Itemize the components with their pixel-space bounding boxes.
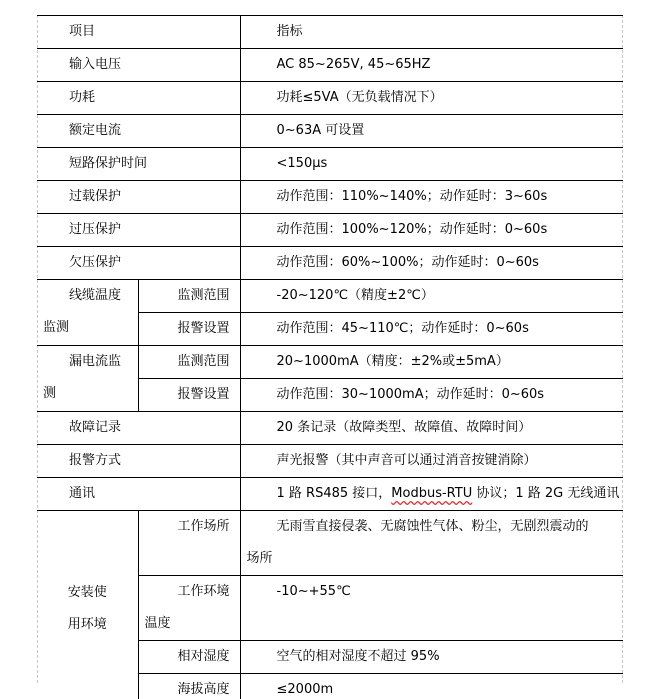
row-spec: -10~+55℃ — [240, 576, 623, 641]
spec-line2: 场所 — [241, 543, 624, 575]
sub-item: 监测范围 — [138, 346, 240, 379]
row-spec: 1 路 RS485 接口，Modbus-RTU 协议；1 路 2G 无线通讯 — [240, 478, 623, 511]
table-row: 短路保护时间 <150μs — [37, 148, 623, 181]
row-spec: 0~63A 可设置 — [240, 115, 623, 148]
header-item: 项目 — [37, 16, 240, 49]
spec-line1: 无雨雪直接侵袭、无腐蚀性气体、粉尘，无剧烈震动的 — [241, 511, 624, 543]
row-spec: 声光报警（其中声音可以通过消音按键消除） — [240, 445, 623, 478]
spec-text: 协议；1 路 2G 无线通讯 — [472, 486, 619, 501]
table-row: 过压保护 动作范围：100%~120%；动作延时：0~60s — [37, 214, 623, 247]
table-row: 安装使 用环境 工作场所 无雨雪直接侵袭、无腐蚀性气体、粉尘，无剧烈震动的 场所 — [37, 511, 623, 576]
table-row: 过载保护 动作范围：110%~140%；动作延时：3~60s — [37, 181, 623, 214]
row-spec: 动作范围：30~1000mA；动作延时：0~60s — [240, 379, 623, 412]
row-spec: <150μs — [240, 148, 623, 181]
row-spec: 动作范围：45~110℃；动作延时：0~60s — [240, 313, 623, 346]
sub-item: 报警设置 — [138, 379, 240, 412]
table-row: 漏电流监 测 监测范围 20~1000mA（精度：±2%或±5mA） — [37, 346, 623, 379]
table-row: 通讯 1 路 RS485 接口，Modbus-RTU 协议；1 路 2G 无线通… — [37, 478, 623, 511]
table-row: 功耗 功耗≤5VA（无负载情况下） — [37, 82, 623, 115]
row-spec: 20 条记录（故障类型、故障值、故障时间） — [240, 412, 623, 445]
spec-line1: -10~+55℃ — [241, 576, 624, 608]
row-spec: ≤2000m — [240, 674, 623, 699]
spec-text: 1 路 RS485 接口， — [277, 486, 392, 501]
sub-label-line1: 工作场所 — [139, 511, 230, 543]
sub-label-line2: 温度 — [139, 608, 240, 640]
group-label-line1: 漏电流监 — [37, 346, 138, 378]
row-item: 功耗 — [37, 82, 240, 115]
row-spec: -20~120℃（精度±2℃） — [240, 280, 623, 313]
sub-item: 工作场所 — [138, 511, 240, 576]
table-row: 输入电压 AC 85~265V, 45~65HZ — [37, 49, 623, 82]
sub-item: 工作环境 温度 — [138, 576, 240, 641]
row-item: 通讯 — [37, 478, 240, 511]
group-label-line1: 线缆温度 — [37, 280, 138, 312]
row-item: 过载保护 — [37, 181, 240, 214]
row-spec: 空气的相对湿度不超过 95% — [240, 641, 623, 674]
table-row: 报警方式 声光报警（其中声音可以通过消音按键消除） — [37, 445, 623, 478]
sub-item: 相对湿度 — [138, 641, 240, 674]
sub-label-line1: 工作环境 — [139, 576, 230, 608]
group-label-line1: 安装使 — [37, 577, 138, 609]
row-spec: 20~1000mA（精度：±2%或±5mA） — [240, 346, 623, 379]
row-item: 过压保护 — [37, 214, 240, 247]
sub-item: 监测范围 — [138, 280, 240, 313]
spellcheck-flagged-text: Modbus-RTU — [391, 486, 472, 501]
group-install-env: 安装使 用环境 — [37, 511, 138, 699]
row-spec: 功耗≤5VA（无负载情况下） — [240, 82, 623, 115]
group-leakage: 漏电流监 测 — [37, 346, 138, 412]
row-spec: AC 85~265V, 45~65HZ — [240, 49, 623, 82]
row-item: 欠压保护 — [37, 247, 240, 280]
group-label-line2: 测 — [37, 378, 138, 410]
sub-item: 报警设置 — [138, 313, 240, 346]
row-item: 报警方式 — [37, 445, 240, 478]
row-spec: 动作范围：110%~140%；动作延时：3~60s — [240, 181, 623, 214]
group-label-line2: 用环境 — [37, 609, 138, 641]
group-cable-temp: 线缆温度 监测 — [37, 280, 138, 346]
row-item: 额定电流 — [37, 115, 240, 148]
table-row: 故障记录 20 条记录（故障类型、故障值、故障时间） — [37, 412, 623, 445]
row-item: 输入电压 — [37, 49, 240, 82]
table-row: 欠压保护 动作范围：60%~100%；动作延时：0~60s — [37, 247, 623, 280]
header-spec: 指标 — [240, 16, 623, 49]
row-item: 短路保护时间 — [37, 148, 240, 181]
group-label-line2: 监测 — [37, 312, 138, 344]
table-row: 线缆温度 监测 监测范围 -20~120℃（精度±2℃） — [37, 280, 623, 313]
row-spec: 动作范围：60%~100%；动作延时：0~60s — [240, 247, 623, 280]
row-spec: 无雨雪直接侵袭、无腐蚀性气体、粉尘，无剧烈震动的 场所 — [240, 511, 623, 576]
row-spec: 动作范围：100%~120%；动作延时：0~60s — [240, 214, 623, 247]
table-header-row: 项目 指标 — [37, 16, 623, 49]
row-item: 故障记录 — [37, 412, 240, 445]
sub-item: 海拔高度 — [138, 674, 240, 699]
spec-table: 项目 指标 输入电压 AC 85~265V, 45~65HZ 功耗 功耗≤5VA… — [37, 15, 623, 699]
table-row: 额定电流 0~63A 可设置 — [37, 115, 623, 148]
